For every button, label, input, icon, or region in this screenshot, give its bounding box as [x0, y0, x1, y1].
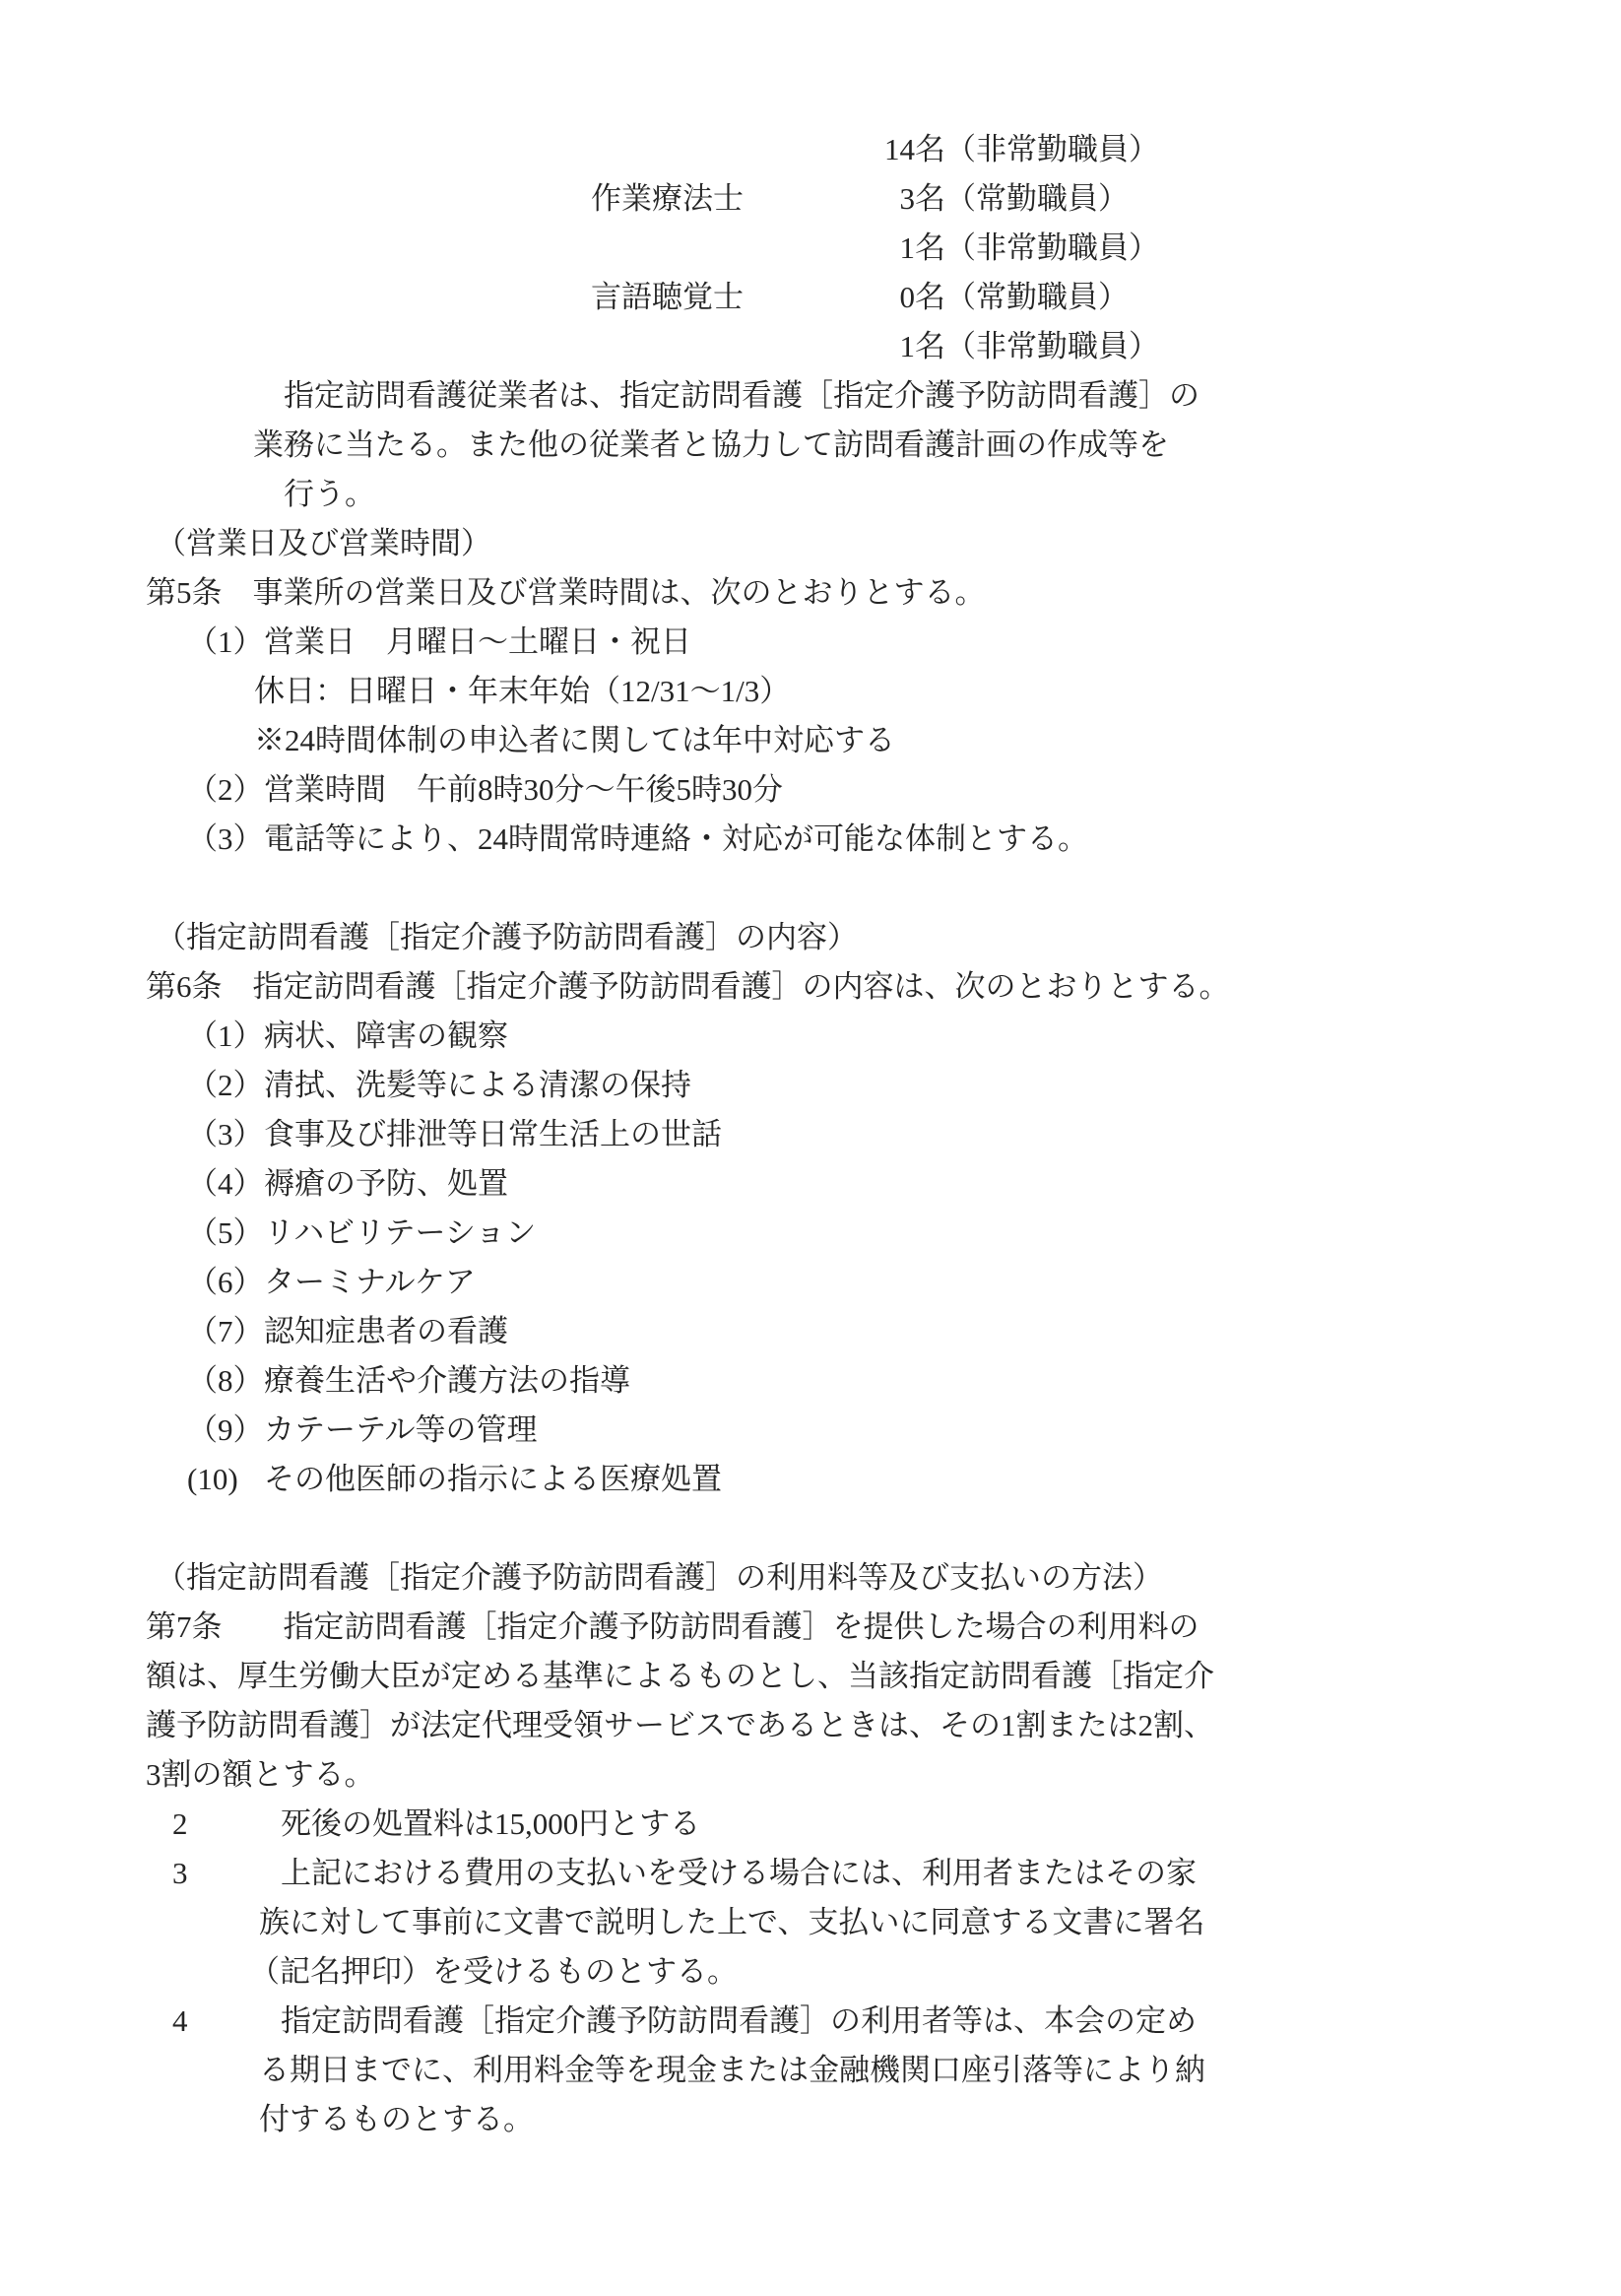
- section-heading-hours: （営業日及び営業時間）: [0, 519, 1621, 568]
- staff-count: 1名: [855, 224, 945, 273]
- blank-line: [0, 864, 1621, 913]
- item-text: リハビリテーション: [264, 1215, 536, 1250]
- blank-line: [0, 1504, 1621, 1553]
- item-number: （2）: [187, 1061, 264, 1110]
- paragraph-text: 死後の処置料は15,000円とする: [281, 1806, 700, 1841]
- item-number: （9）: [187, 1406, 264, 1455]
- item-text: 褥瘡の予防、処置: [264, 1166, 508, 1201]
- list-item: （5）リハビリテーション: [0, 1209, 1621, 1258]
- article-6-text: 第6条 指定訪問看護［指定介護予防訪問看護］の内容は、次のとおりとする。: [0, 962, 1621, 1012]
- staff-row: 作業療法士3名（常勤職員）: [0, 174, 1621, 224]
- staff-employment-type: （非常勤職員）: [945, 132, 1159, 166]
- list-item: （3）食事及び排泄等日常生活上の世話: [0, 1110, 1621, 1159]
- staff-row: 言語聴覚士0名（常勤職員）: [0, 273, 1621, 322]
- staff-count: 3名: [855, 174, 945, 224]
- item-number: （3）: [187, 815, 264, 864]
- paragraph-number: 3: [172, 1849, 281, 1898]
- item-number: （2）: [187, 765, 264, 815]
- staff-employment-type: （非常勤職員）: [945, 230, 1159, 265]
- paragraph-line: 行う。: [0, 470, 1621, 519]
- item-text: カテーテル等の管理: [264, 1412, 537, 1447]
- section-heading-fees: （指定訪問看護［指定介護予防訪問看護］の利用料等及び支払いの方法）: [0, 1553, 1621, 1603]
- staff-role-label: 言語聴覚士: [591, 273, 855, 322]
- paragraph-line: る期日までに、利用料金等を現金または金融機関口座引落等により納: [0, 2046, 1621, 2095]
- paragraph-line: 業務に当たる。また他の従業者と協力して訪問看護計画の作成等を: [0, 421, 1621, 470]
- item-text: その他医師の指示による医療処置: [264, 1462, 722, 1496]
- item-text: 認知症患者の看護: [264, 1314, 508, 1348]
- item-number: （6）: [187, 1258, 264, 1307]
- paragraph-text: 指定訪問看護［指定介護予防訪問看護］の利用者等は、本会の定め: [281, 2003, 1197, 2038]
- list-item: （6）ターミナルケア: [0, 1258, 1621, 1307]
- item-number: （1）: [187, 618, 264, 667]
- staff-count: 0名: [855, 273, 945, 322]
- item-number: (10): [187, 1455, 264, 1504]
- article-7-line: 額は、厚生労働大臣が定める基準によるものとし、当該指定訪問看護［指定介: [0, 1652, 1621, 1701]
- staff-count: 14名: [855, 125, 945, 174]
- note-line: ※24時間体制の申込者に関しては年中対応する: [0, 716, 1621, 765]
- item-text: 清拭、洗髪等による清潔の保持: [264, 1068, 691, 1102]
- staff-row: 1名（非常勤職員）: [0, 224, 1621, 273]
- article-5-text: 第5条 事業所の営業日及び営業時間は、次のとおりとする。: [0, 568, 1621, 618]
- staff-count: 1名: [855, 322, 945, 371]
- staff-employment-type: （常勤職員）: [945, 280, 1129, 314]
- staff-employment-type: （常勤職員）: [945, 181, 1129, 216]
- item-number: （3）: [187, 1110, 264, 1159]
- numbered-paragraph: 4指定訪問看護［指定介護予防訪問看護］の利用者等は、本会の定め: [0, 1997, 1621, 2046]
- numbered-paragraph: 2死後の処置料は15,000円とする: [0, 1800, 1621, 1849]
- document-page: 14名（非常勤職員） 作業療法士3名（常勤職員） 1名（非常勤職員） 言語聴覚士…: [0, 0, 1621, 2296]
- item-number: （1）: [187, 1012, 264, 1061]
- item-text: 食事及び排泄等日常生活上の世話: [264, 1117, 722, 1151]
- list-item: (10)その他医師の指示による医療処置: [0, 1455, 1621, 1504]
- paragraph-line: （記名押印）を受けるものとする。: [0, 1947, 1621, 1997]
- list-item: （2）営業時間 午前8時30分～午後5時30分: [0, 765, 1621, 815]
- staff-employment-type: （非常勤職員）: [945, 329, 1159, 363]
- list-item: （7）認知症患者の看護: [0, 1307, 1621, 1356]
- item-number: （7）: [187, 1307, 264, 1356]
- item-number: （4）: [187, 1159, 264, 1209]
- list-item: （9）カテーテル等の管理: [0, 1406, 1621, 1455]
- paragraph-line: 族に対して事前に文書で説明した上で、支払いに同意する文書に署名: [0, 1898, 1621, 1947]
- paragraph-number: 4: [172, 1997, 281, 2046]
- paragraph-number: 2: [172, 1800, 281, 1849]
- list-item: （4）褥瘡の予防、処置: [0, 1159, 1621, 1209]
- item-text: 電話等により、24時間常時連絡・対応が可能な体制とする。: [264, 821, 1088, 856]
- article-7-line: 第7条 指定訪問看護［指定介護予防訪問看護］を提供した場合の利用料の: [0, 1603, 1621, 1652]
- staff-row: 1名（非常勤職員）: [0, 322, 1621, 371]
- item-number: （8）: [187, 1356, 264, 1406]
- item-text: 営業日 月曜日～土曜日・祝日: [264, 624, 691, 659]
- staff-role-label: 作業療法士: [591, 174, 855, 224]
- item-text: 病状、障害の観察: [264, 1018, 508, 1053]
- paragraph-line: 指定訪問看護従業者は、指定訪問看護［指定介護予防訪問看護］の: [0, 371, 1621, 421]
- note-line: 休日：日曜日・年末年始（12/31～1/3）: [0, 667, 1621, 716]
- list-item: （1）営業日 月曜日～土曜日・祝日: [0, 618, 1621, 667]
- paragraph-text: 上記における費用の支払いを受ける場合には、利用者またはその家: [281, 1856, 1197, 1890]
- staff-row: 14名（非常勤職員）: [0, 125, 1621, 174]
- list-item: （8）療養生活や介護方法の指導: [0, 1356, 1621, 1406]
- item-text: 療養生活や介護方法の指導: [264, 1363, 630, 1398]
- list-item: （1）病状、障害の観察: [0, 1012, 1621, 1061]
- list-item: （3）電話等により、24時間常時連絡・対応が可能な体制とする。: [0, 815, 1621, 864]
- numbered-paragraph: 3上記における費用の支払いを受ける場合には、利用者またはその家: [0, 1849, 1621, 1898]
- item-text: 営業時間 午前8時30分～午後5時30分: [264, 772, 783, 807]
- item-number: （5）: [187, 1209, 264, 1258]
- section-heading-content: （指定訪問看護［指定介護予防訪問看護］の内容）: [0, 913, 1621, 962]
- paragraph-line: 付するものとする。: [0, 2095, 1621, 2144]
- item-text: ターミナルケア: [264, 1265, 476, 1299]
- article-7-line: 護予防訪問看護］が法定代理受領サービスであるときは、その1割または2割、: [0, 1701, 1621, 1750]
- list-item: （2）清拭、洗髪等による清潔の保持: [0, 1061, 1621, 1110]
- article-7-line: 3割の額とする。: [0, 1750, 1621, 1800]
